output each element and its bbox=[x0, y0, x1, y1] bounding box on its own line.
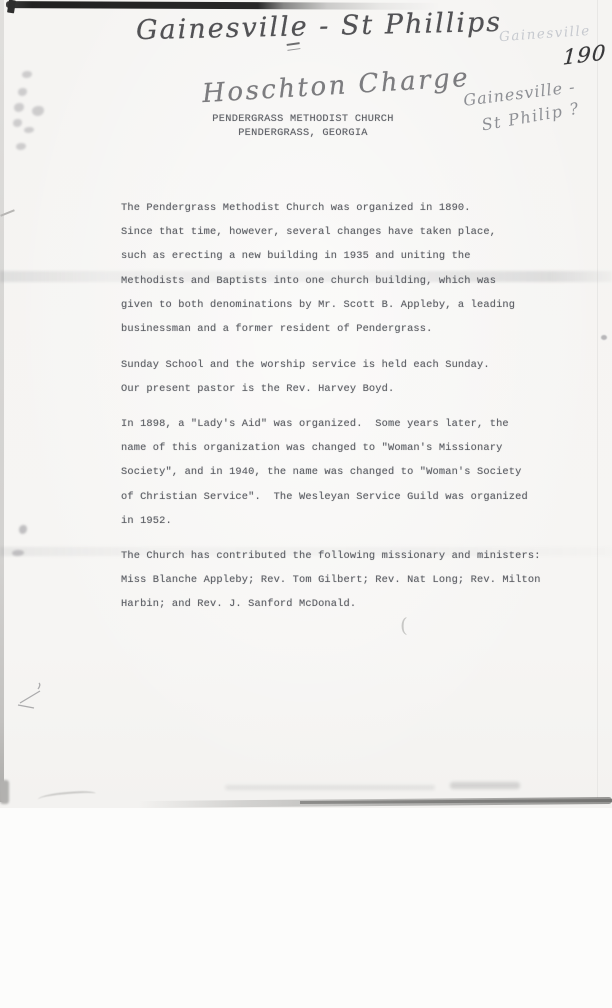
ink-speck bbox=[19, 525, 27, 534]
text-line: Our present pastor is the Rev. Harvey Bo… bbox=[121, 377, 490, 401]
text-line: businessman and a former resident of Pen… bbox=[121, 317, 515, 341]
ink-speck bbox=[22, 71, 32, 78]
scan-artifact-left-edge bbox=[0, 0, 4, 802]
text-line: in 1952. bbox=[121, 509, 528, 533]
paragraph-3: In 1898, a "Lady's Aid" was organized. S… bbox=[121, 412, 528, 533]
scanned-page: Gainesville - St Phillips Gainesville 19… bbox=[0, 0, 612, 808]
ink-speck bbox=[32, 106, 44, 116]
document-subtitle: PENDERGRASS, GEORGIA bbox=[183, 127, 423, 141]
pencil-squiggle bbox=[38, 790, 97, 804]
text-line: In 1898, a "Lady's Aid" was organized. S… bbox=[121, 412, 528, 436]
text-line: name of this organization was changed to… bbox=[121, 436, 528, 460]
document-title: PENDERGRASS METHODIST CHURCH bbox=[183, 113, 423, 127]
text-line: such as erecting a new building in 1935 … bbox=[121, 244, 515, 268]
pencil-doodle-icon bbox=[14, 681, 48, 711]
screenshot-root: Gainesville - St Phillips Gainesville 19… bbox=[0, 0, 612, 1008]
handwritten-charge-annotation: Hoschton Charge bbox=[201, 63, 471, 109]
text-line: Methodists and Baptists into one church … bbox=[121, 269, 515, 293]
ink-speck bbox=[14, 103, 24, 112]
text-line: Sunday School and the worship service is… bbox=[121, 353, 490, 377]
text-line: Since that time, however, several change… bbox=[121, 220, 515, 244]
text-line: The Church has contributed the following… bbox=[121, 544, 541, 568]
document-header: PENDERGRASS METHODIST CHURCH PENDERGRASS… bbox=[183, 113, 423, 140]
scan-speck bbox=[601, 335, 607, 340]
text-line: of Christian Service". The Wesleyan Serv… bbox=[121, 485, 528, 509]
ink-speck bbox=[16, 143, 26, 150]
text-line: Miss Blanche Appleby; Rev. Tom Gilbert; … bbox=[121, 568, 541, 592]
handwritten-route-annotation: Gainesville - St Phillips bbox=[136, 7, 503, 46]
scan-artifact-top-bar bbox=[6, 1, 440, 10]
ink-speck bbox=[13, 119, 22, 127]
scan-smudge bbox=[450, 782, 520, 789]
scan-artifact-top-notch bbox=[7, 0, 16, 13]
text-line: The Pendergrass Methodist Church was org… bbox=[121, 196, 515, 220]
text-line: given to both denominations by Mr. Scott… bbox=[121, 293, 515, 317]
paragraph-4: The Church has contributed the following… bbox=[121, 544, 541, 617]
text-line: Society", and in 1940, the name was chan… bbox=[121, 460, 528, 484]
scan-artifact-left-edge-blob bbox=[0, 780, 9, 804]
paragraph-1: The Pendergrass Methodist Church was org… bbox=[121, 196, 515, 341]
scan-smudge bbox=[225, 785, 435, 790]
stray-pen-mark: ( bbox=[400, 613, 408, 637]
ink-speck bbox=[18, 88, 27, 96]
ink-speck bbox=[24, 127, 34, 133]
underline-mark bbox=[287, 42, 301, 51]
text-line: Harbin; and Rev. J. Sanford McDonald. bbox=[121, 592, 541, 616]
pencil-annotation-gainesville: Gainesville bbox=[499, 23, 592, 45]
scan-artifact-right-edge bbox=[597, 0, 598, 798]
handwritten-page-number: 190 bbox=[562, 40, 607, 69]
paragraph-2: Sunday School and the worship service is… bbox=[121, 353, 490, 401]
